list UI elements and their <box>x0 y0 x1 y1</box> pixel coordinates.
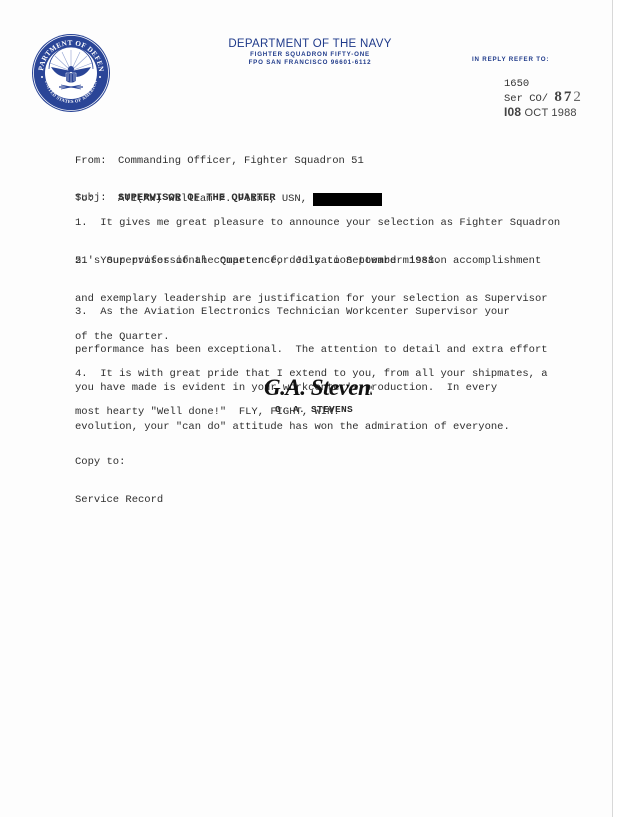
squadron-address: FPO SAN FRANCISCO 96601-6112 <box>200 59 420 67</box>
reply-refer-label: IN REPLY REFER TO: <box>472 56 549 63</box>
serial-stamp-last: 2 <box>573 89 583 105</box>
date-stamp: I08 OCT 1988 <box>504 106 583 120</box>
copy-to-recipient: Service Record <box>75 494 163 507</box>
serial-prefix: Ser CO/ <box>504 93 554 105</box>
letterhead: DEPARTMENT OF THE NAVY FIGHTER SQUADRON … <box>200 38 420 67</box>
department-title: DEPARTMENT OF THE NAVY <box>200 38 420 51</box>
letter-page: DEPARTMENT OF DEFENSE UNITED STATES OF A… <box>0 0 613 817</box>
department-of-defense-seal-icon: DEPARTMENT OF DEFENSE UNITED STATES OF A… <box>31 33 111 113</box>
reference-block: 1650 Ser CO/ 872 I08 OCT 1988 <box>504 78 583 120</box>
date-stamp-month-year: OCT 1988 <box>521 107 576 119</box>
copy-to-block: Copy to: Service Record <box>75 430 163 532</box>
squadron-name: FIGHTER SQUADRON FIFTY-ONE <box>200 51 420 59</box>
svg-text:G.A. Stevens: G.A. Stevens <box>264 375 372 400</box>
paragraph-line: 2. Your professional competence, dedicat… <box>75 255 548 268</box>
paragraph-line: 1. It gives me great pleasure to announc… <box>75 217 560 230</box>
copy-to-label: Copy to: <box>75 456 163 469</box>
serial-stamp-main: 87 <box>554 89 573 105</box>
paragraph-line: 3. As the Aviation Electronics Technicia… <box>75 306 548 319</box>
handwritten-signature: G.A. Stevens <box>262 371 372 401</box>
serial-stamp: 872 <box>554 89 583 105</box>
serial-number: Ser CO/ 872 <box>504 91 583 106</box>
signer-name: G. A. STEVENS <box>275 404 353 415</box>
date-stamp-day: 08 <box>508 105 522 119</box>
